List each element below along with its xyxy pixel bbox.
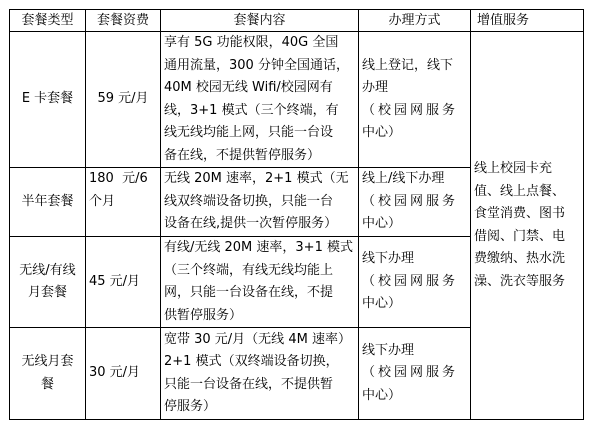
- cell-package-type: 半年套餐: [10, 168, 86, 237]
- cell-fee: 59 元/月: [86, 32, 161, 168]
- cell-content: 宽带 30 元/月（无线 4M 速率） 2+1 模式（双终端设备切换， 只能一台…: [161, 328, 359, 420]
- cell-content: 有线/无线 20M 速率，3+1 模式 （三个终端，有线无线均能上 网，只能一台…: [161, 237, 359, 328]
- cell-method: 线下办理 （校园网服务 中心）: [359, 328, 471, 420]
- header-value-added: 增值服务: [471, 10, 584, 32]
- header-method: 办理方式: [359, 10, 471, 32]
- cell-method: 线上/线下办理 （校园网服务 中心）: [359, 168, 471, 237]
- header-package-content: 套餐内容: [161, 10, 359, 32]
- cell-content: 享有 5G 功能权限，40G 全国 通用流量，300 分钟全国通话， 40M 校…: [161, 32, 359, 168]
- cell-fee: 30 元/月: [86, 328, 161, 420]
- header-row: 套餐类型 套餐资费 套餐内容 办理方式 增值服务: [10, 10, 584, 32]
- header-package-fee: 套餐资费: [86, 10, 161, 32]
- cell-package-type: 无线/有线 月套餐: [10, 237, 86, 328]
- cell-fee: 180 元/6 个月: [86, 168, 161, 237]
- cell-method: 线下办理 （校园网服务 中心）: [359, 237, 471, 328]
- table-row: E 卡套餐 59 元/月 享有 5G 功能权限，40G 全国 通用流量，300 …: [10, 32, 584, 168]
- package-table: 套餐类型 套餐资费 套餐内容 办理方式 增值服务 E 卡套餐 59 元/月 享有…: [9, 9, 584, 420]
- cell-value-added-services: 线上校园卡充 值、线上点餐、 食堂消费、图书 借阅、门禁、电 费缴纳、热水洗 澡…: [471, 32, 584, 420]
- cell-method: 线上登记，线下 办理 （校园网服务 中心）: [359, 32, 471, 168]
- cell-package-type: E 卡套餐: [10, 32, 86, 168]
- header-package-type: 套餐类型: [10, 10, 86, 32]
- cell-content: 无线 20M 速率，2+1 模式（无 线双终端设备切换，只能一台 设备在线,提供…: [161, 168, 359, 237]
- cell-package-type: 无线月套 餐: [10, 328, 86, 420]
- cell-fee: 45 元/月: [86, 237, 161, 328]
